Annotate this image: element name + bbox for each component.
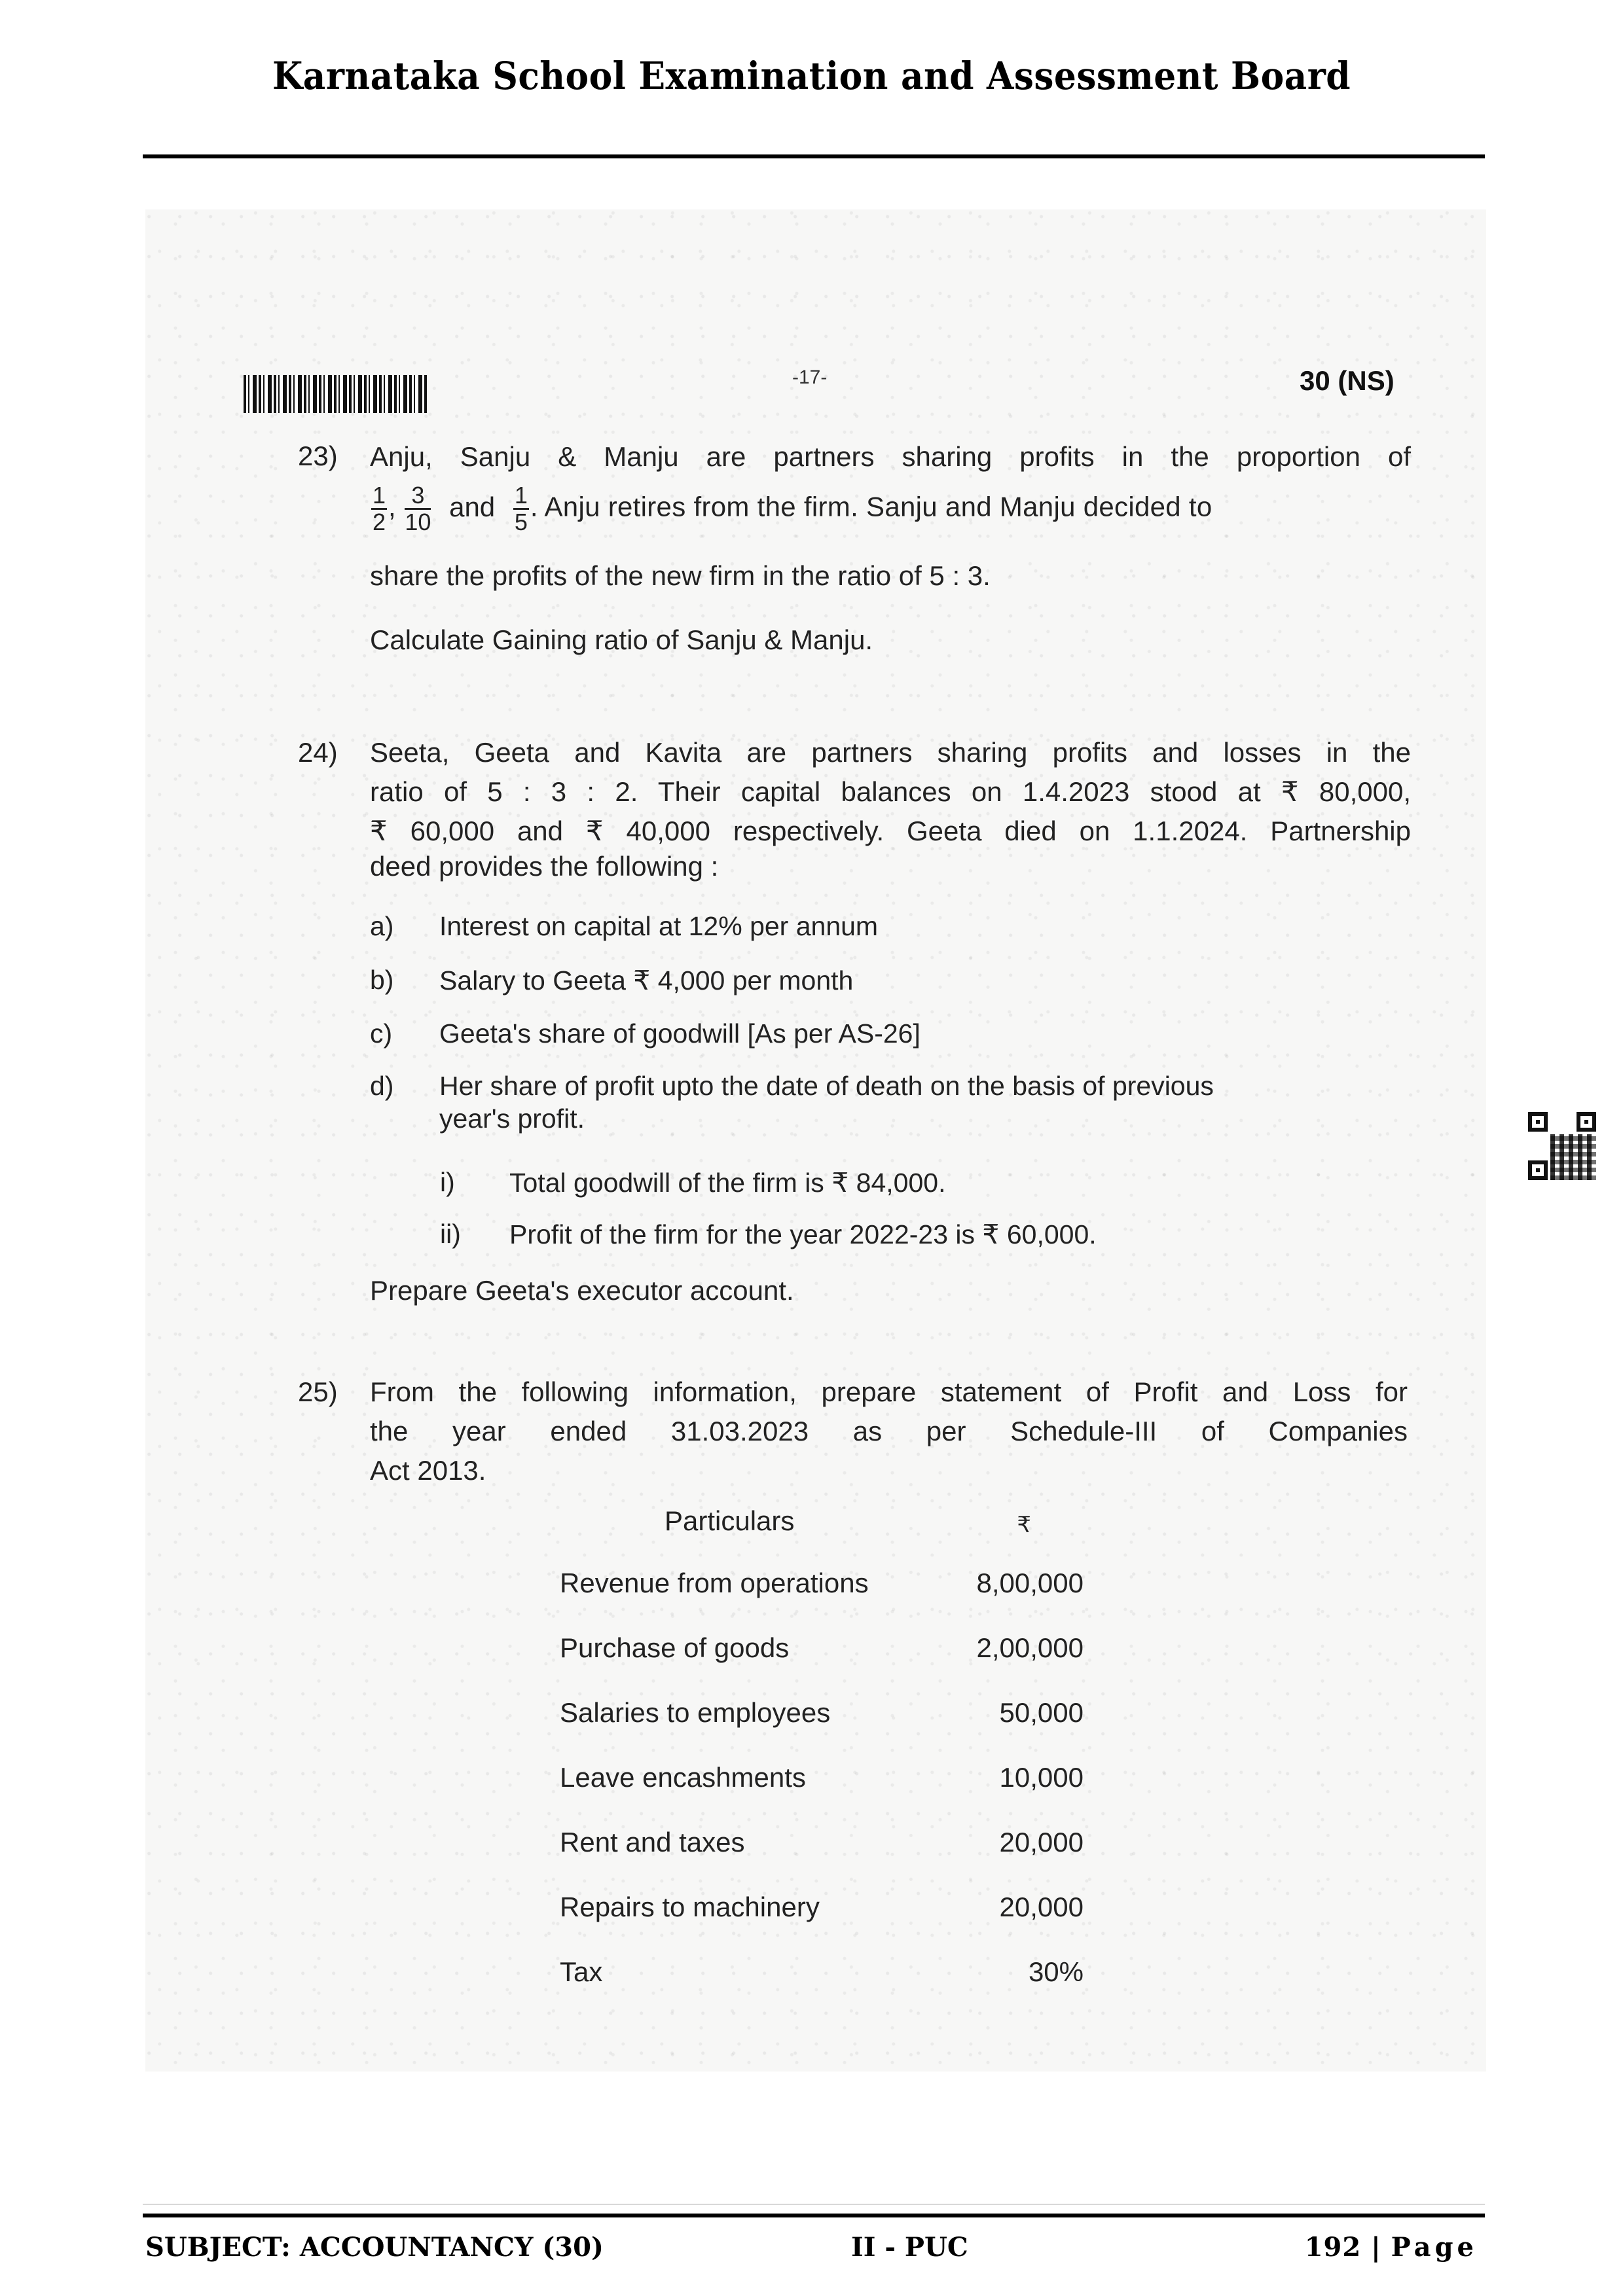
- table-header-row: Particulars ₹: [560, 1505, 1084, 1568]
- question-24-text: Seeta, Geeta and Kavita are partners sha…: [370, 733, 1411, 886]
- profit-loss-data-table: Particulars ₹ Revenue from operations8,0…: [560, 1505, 1084, 2021]
- amount-cell: 20,000: [1000, 1827, 1084, 1858]
- table-row: Repairs to machinery20,000: [560, 1892, 1084, 1956]
- paper-code: 30 (NS): [1300, 365, 1395, 397]
- table-row: Tax30%: [560, 1956, 1084, 2021]
- particulars-cell: Salaries to employees: [560, 1697, 830, 1729]
- table-row: Salaries to employees50,000: [560, 1697, 1084, 1762]
- particulars-cell: Tax: [560, 1956, 602, 1988]
- footer-page-number: 192 | Page: [1305, 2232, 1478, 2263]
- amount-cell: 2,00,000: [977, 1632, 1084, 1664]
- column-header-particulars: Particulars: [665, 1505, 794, 1537]
- footer-subject: SUBJECT: ACCOUNTANCY (30): [145, 2232, 604, 2263]
- particulars-cell: Leave encashments: [560, 1762, 806, 1793]
- amount-cell: 20,000: [1000, 1892, 1084, 1923]
- particulars-cell: Purchase of goods: [560, 1632, 789, 1664]
- table-row: Rent and taxes20,000: [560, 1827, 1084, 1892]
- fraction-half: 12: [371, 483, 387, 535]
- particulars-cell: Repairs to machinery: [560, 1892, 820, 1923]
- footer-divider-thin: [143, 2204, 1485, 2205]
- question-23-instruction: Calculate Gaining ratio of Sanju & Manju…: [370, 620, 1411, 660]
- qr-code-icon: [1525, 1109, 1599, 1183]
- footer-divider: [143, 2214, 1485, 2217]
- fraction-three-tenths: 310: [405, 483, 431, 535]
- question-24-instruction: Prepare Geeta's executor account.: [370, 1271, 1411, 1310]
- table-row: Leave encashments10,000: [560, 1762, 1084, 1827]
- fraction-one-fifth: 15: [513, 483, 529, 535]
- question-23-line-1: Anju, Sanju & Manju are partners sharing…: [370, 437, 1411, 476]
- question-number-25: 25): [298, 1376, 338, 1408]
- amount-cell: 50,000: [1000, 1697, 1084, 1729]
- question-23-fraction-line: 12, 310 and 15. Anju retires from the fi…: [370, 483, 1411, 535]
- question-number-24: 24): [298, 737, 338, 768]
- amount-cell: 10,000: [1000, 1762, 1084, 1793]
- scan-page-marker: -17-: [792, 367, 827, 389]
- question-23-text-cont: share the profits of the new firm in the…: [370, 556, 1411, 596]
- table-row: Revenue from operations8,00,000: [560, 1568, 1084, 1632]
- question-25-text: From the following information, prepare …: [370, 1372, 1408, 1490]
- board-title: Karnataka School Examination and Assessm…: [65, 54, 1558, 98]
- column-header-amount: ₹: [1017, 1512, 1031, 1538]
- footer-class: II - PUC: [851, 2232, 968, 2263]
- particulars-cell: Revenue from operations: [560, 1568, 869, 1599]
- question-number-23: 23): [298, 440, 338, 472]
- table-row: Purchase of goods2,00,000: [560, 1632, 1084, 1697]
- header-divider: [143, 154, 1485, 158]
- particulars-cell: Rent and taxes: [560, 1827, 745, 1858]
- question-23-text: Anju, Sanju & Manju are partners sharing…: [370, 437, 1411, 476]
- amount-cell: 30%: [1029, 1956, 1084, 1988]
- amount-cell: 8,00,000: [977, 1568, 1084, 1599]
- barcode-icon: [244, 375, 428, 413]
